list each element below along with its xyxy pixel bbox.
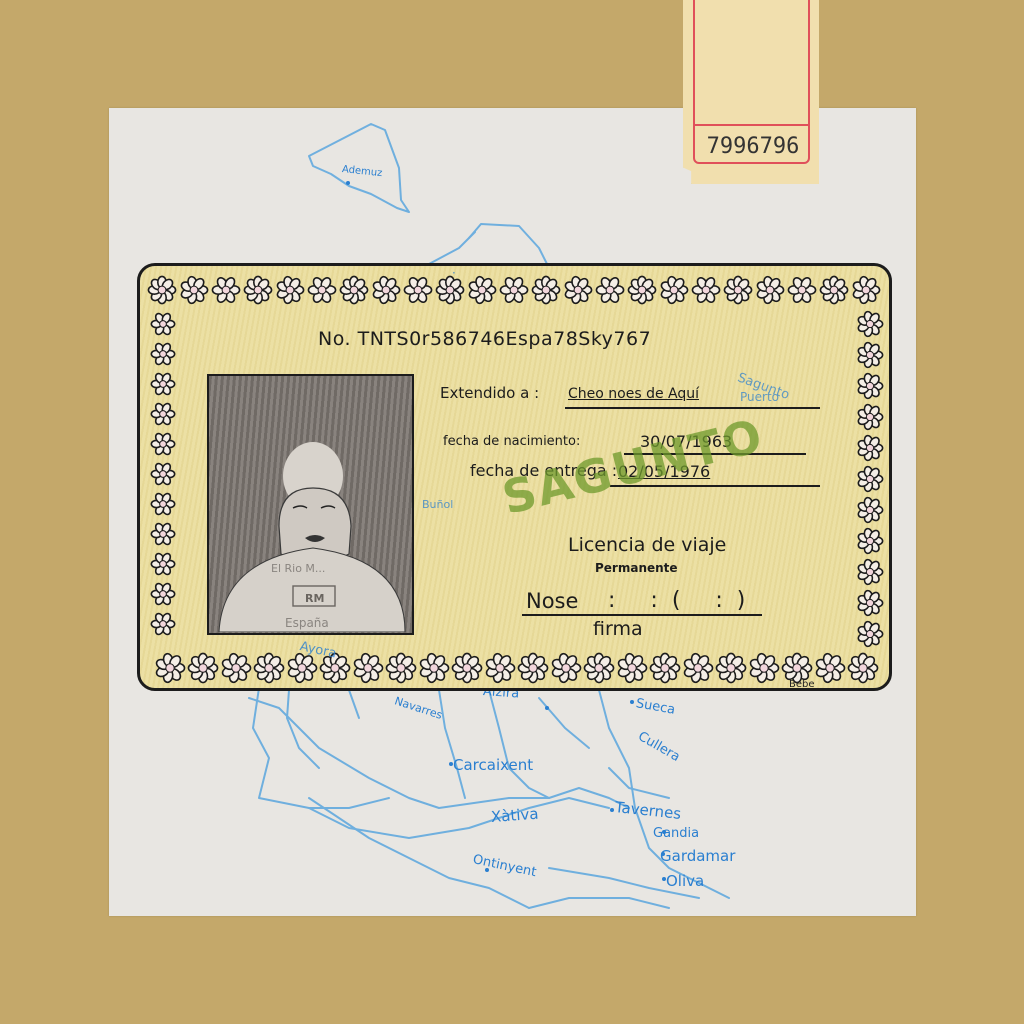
flower-icon [485, 653, 515, 683]
flower-icon [857, 404, 883, 430]
flower-icon [660, 276, 688, 304]
flower-icon [151, 402, 174, 426]
flower-icon [151, 462, 174, 486]
flower-icon [683, 653, 713, 683]
flower-icon [287, 653, 317, 683]
licence-type: Permanente [595, 561, 678, 575]
map-label-puerto: Puerto [740, 390, 779, 404]
flower-icon [857, 311, 883, 337]
flower-icon [857, 373, 883, 399]
flower-icon [436, 276, 463, 303]
shirt-country: España [285, 616, 329, 630]
flower-icon [151, 552, 174, 576]
flower-icon [254, 653, 283, 682]
flower-icon [151, 612, 174, 636]
flower-icon [372, 276, 400, 304]
flower-icon [212, 276, 239, 304]
flower-icon [857, 466, 883, 492]
flower-icon [532, 276, 559, 303]
flower-icon [308, 276, 335, 304]
flower-icon [500, 276, 527, 304]
flower-icon [151, 582, 174, 606]
extended-to-line [565, 407, 820, 409]
artist-signature: Bebe [789, 679, 815, 690]
flower-icon [724, 276, 751, 303]
flower-icon [468, 276, 496, 304]
flower-icon [848, 653, 877, 682]
signature-label: firma [593, 618, 643, 640]
flower-icon [518, 653, 547, 682]
flower-icon [151, 492, 174, 516]
card-number: No. TNTS0r586746Espa78Sky767 [318, 328, 651, 350]
signature-line [522, 614, 762, 616]
flower-icon [404, 276, 431, 304]
flower-icon [820, 276, 847, 303]
signature-value: Nose [526, 589, 578, 613]
flower-icon [151, 312, 174, 336]
id-photo: El Rio M... RM España [207, 374, 414, 635]
flower-icon [857, 621, 883, 647]
flower-icon [857, 559, 883, 585]
flower-icon [151, 342, 174, 366]
flower-icon [628, 276, 655, 303]
flower-icon [551, 653, 581, 683]
flower-icon [716, 653, 745, 682]
flower-icon [857, 435, 883, 461]
flower-icon [584, 653, 613, 682]
flower-icon [276, 276, 304, 304]
flower-icon [617, 653, 647, 683]
flower-icon [650, 653, 679, 682]
shirt-badge: RM [305, 592, 324, 605]
flower-icon [857, 590, 883, 616]
flower-icon [244, 276, 271, 303]
flower-icon [151, 372, 174, 396]
map-label-gardamar: Gardamar [660, 847, 735, 865]
flower-icon [180, 276, 208, 304]
extended-to-value: Cheo noes de Aquí [568, 386, 699, 402]
flower-icon [386, 653, 415, 682]
map-label-requena: · [452, 266, 456, 280]
licence-title: Licencia de viaje [568, 534, 726, 556]
flower-icon [188, 653, 217, 682]
flower-icon [151, 522, 174, 546]
flower-icon [852, 276, 880, 304]
flower-icon [148, 276, 175, 303]
flower-icon [340, 276, 367, 303]
ticket-divider [693, 124, 810, 126]
flower-icon [857, 497, 883, 523]
flower-icon [151, 432, 174, 456]
flower-icon [155, 653, 185, 683]
flower-icon [756, 276, 784, 304]
shirt-text: El Rio M... [271, 562, 325, 575]
map-label-bunol: Buñol [422, 498, 453, 511]
signature-faces: : :( :) [608, 588, 759, 613]
ticket-number: 7996796 [697, 134, 809, 159]
flower-icon [596, 276, 623, 304]
raffle-ticket: 7996796 [683, 0, 819, 184]
flower-icon [815, 653, 845, 683]
flower-icon [692, 276, 719, 304]
flower-icon [452, 653, 481, 682]
birth-date-label: fecha de nacimiento: [443, 434, 580, 449]
map-label-xativa: Xàtiva [490, 805, 539, 826]
flower-icon [749, 653, 779, 683]
flower-icon [221, 653, 251, 683]
flower-icon [788, 276, 815, 304]
flower-icon [353, 653, 383, 683]
flower-icon [857, 528, 883, 554]
flower-icon [857, 342, 883, 368]
extended-to-label: Extendido a : [440, 384, 539, 402]
map-label-carcaixent: Carcaixent [453, 756, 533, 774]
map-label-gandia: Gandia [653, 826, 699, 841]
flower-icon [564, 276, 592, 304]
flower-icon [419, 653, 449, 683]
travel-licence-card: · Sagunto Puerto Buñol Ayora No. TNTS0r5… [137, 263, 892, 691]
map-label-oliva: Oliva [666, 872, 704, 890]
